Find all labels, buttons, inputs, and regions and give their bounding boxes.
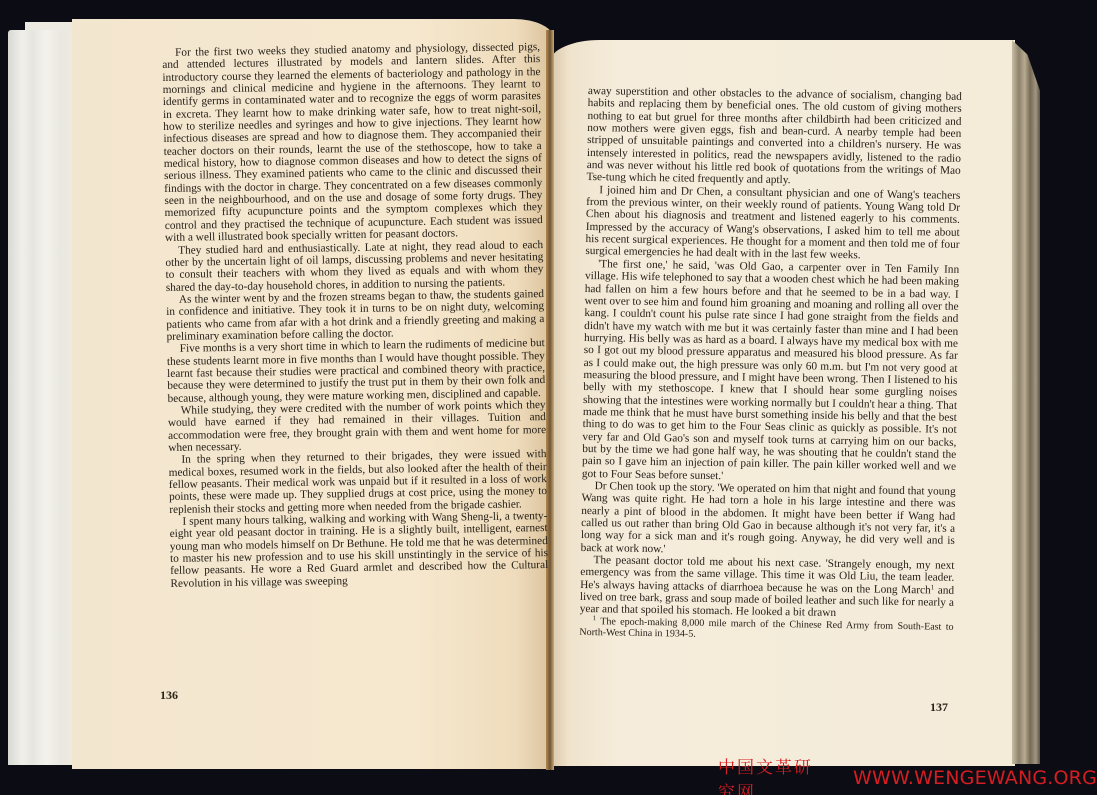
book-gutter xyxy=(546,30,554,770)
paragraph-continuation: away superstition and other obstacles to… xyxy=(586,85,962,190)
paragraph: Dr Chen took up the story. 'We operated … xyxy=(581,480,956,560)
paragraph: I joined him and Dr Chen, a consultant p… xyxy=(585,184,960,264)
watermark-site-name: 中国文革研究网 xyxy=(718,753,827,795)
paragraph: While studying, they were credited with … xyxy=(168,399,547,454)
paragraph: In the spring when they returned to thei… xyxy=(168,448,547,516)
left-page-body: For the first two weeks they studied ana… xyxy=(162,41,548,590)
paragraph: For the first two weeks they studied ana… xyxy=(162,41,543,244)
page-number-left: 136 xyxy=(160,688,178,703)
left-page-stack-edge xyxy=(8,30,78,765)
paragraph: I spent many hours talking, walking and … xyxy=(169,510,548,590)
paragraph: 'The first one,' he said, 'was Old Gao, … xyxy=(582,258,959,486)
paragraph-with-footnote: The peasant doctor told me about his nex… xyxy=(580,554,955,622)
paragraph: As the winter went by and the frozen str… xyxy=(166,288,545,343)
text: The peasant doctor told me about his nex… xyxy=(580,554,955,596)
paragraph: Five months is a very short time in whic… xyxy=(167,337,546,405)
paragraph: They studied hard and enthusiastically. … xyxy=(165,239,544,294)
watermark: 中国文革研究网 WWW.WENGEWANG.ORG xyxy=(718,764,1097,792)
right-page-stack-edge xyxy=(1012,40,1040,764)
book-photo: For the first two weeks they studied ana… xyxy=(0,0,1097,795)
watermark-url: WWW.WENGEWANG.ORG xyxy=(853,767,1097,789)
page-number-right: 137 xyxy=(930,700,948,715)
right-page-body: away superstition and other obstacles to… xyxy=(579,85,962,645)
